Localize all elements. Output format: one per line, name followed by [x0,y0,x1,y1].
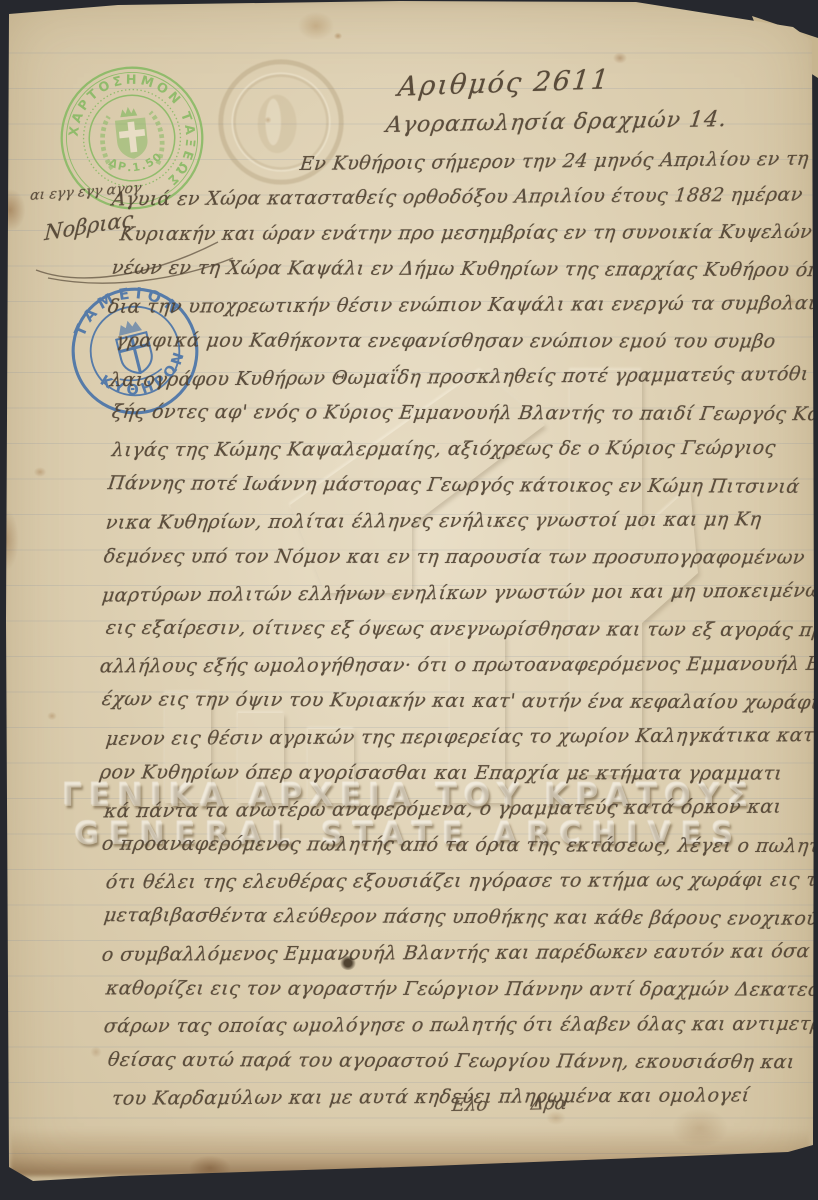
signature-flourish [28,228,248,288]
catchword: Ελο Δρα [451,1093,568,1116]
handwritten-line: έχων εις την όψιν του Κυριακήν και κατ' … [101,688,818,714]
handwritten-line: νικα Κυθηρίων, πολίται έλληνες ενήλικες … [105,508,763,533]
handwritten-line: δια την υποχρεωτικήν θέσιν ενώπιον Καψάλ… [107,292,818,318]
document-page: ΓΕΝΙΚΑ ΑΡΧΕΙΑ ΤΟΥ ΚΡΑΤΟΥΣ GENERAL STATE … [0,0,818,1200]
handwritten-line: Πάννης ποτέ Ιωάννη μάστορας Γεωργός κάτο… [107,472,801,498]
handwritten-line: μεταβιβασθέντα ελεύθερον πάσης υποθήκης … [103,904,818,930]
handwritten-line: εις εξαίρεσιν, οίτινες εξ όψεως ανεγνωρί… [105,617,818,642]
handwritten-line: καθορίζει εις τον αγοραστήν Γεώργιον Πάν… [105,977,818,1000]
handwritten-line: λιγάς της Κώμης Καψαλερμαίης, αξιόχρεως … [111,437,777,461]
handwritten-line: σάρων τας οποίας ωμολόγησε ο πωλητής ότι… [103,1013,818,1038]
handwritten-line: αλλήλους εξής ωμολογήθησαν· ότι ο πρωτοα… [99,653,818,678]
scan-background: ΓΕΝΙΚΑ ΑΡΧΕΙΑ ΤΟΥ ΚΡΑΤΟΥΣ GENERAL STATE … [0,0,818,1200]
handwritten-line: θείσας αυτώ παρά του αγοραστού Γεωργίου … [107,1049,797,1073]
handwritten-line: ρον Κυθηρίων όπερ αγορίσασθαι και Επαρχί… [99,761,784,784]
handwritten-line: μενον εις θέσιν αγρικών της περιφερείας … [105,724,818,750]
handwritten-line: του Καρδαμύλων και με αυτά κηδεύει πληρω… [111,1084,751,1109]
handwritten-line: δεμόνες υπό τον Νόμον και εν τη παρουσία… [103,545,807,568]
handwritten-line: ότι θέλει της ελευθέρας εξουσιάζει ηγόρα… [105,869,818,894]
handwritten-line: ξής όντες αφ' ενός ο Κύριος Εμμανουήλ Βλ… [111,401,818,425]
handwritten-line: ο συμβαλλόμενος Εμμανουήλ Βλαντής και πα… [101,940,811,966]
handwritten-line: ο προαναφερόμενος πωλητής από τα όρια τη… [101,833,818,858]
handwritten-line: γραφικά μου Καθήκοντα ενεφανίσθησαν ενώπ… [115,329,777,352]
ink-blot [340,956,356,970]
